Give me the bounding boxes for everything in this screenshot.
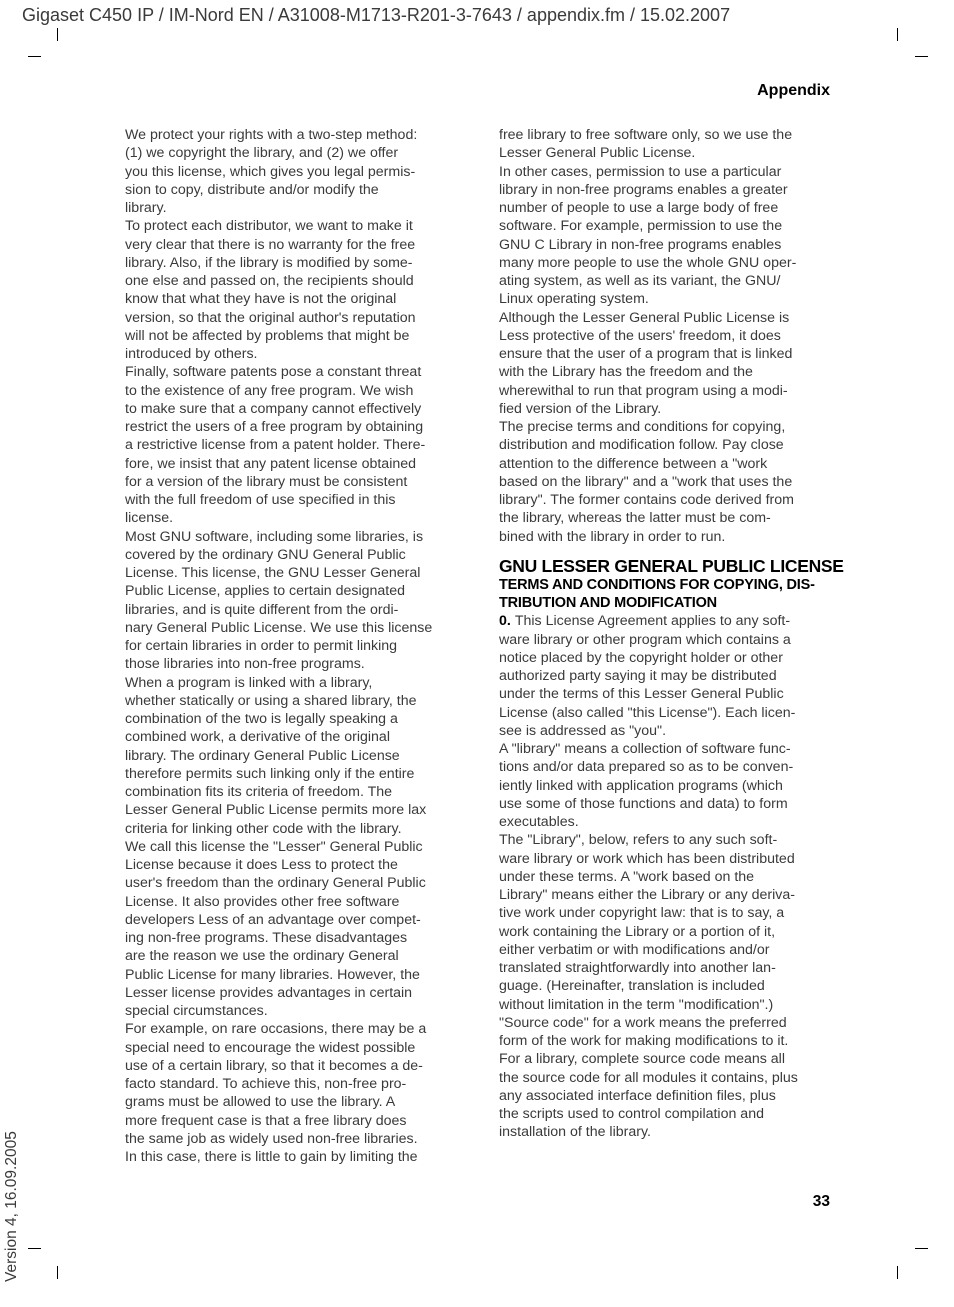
crop-mark-bottom-left-horizontal	[28, 1248, 41, 1249]
crop-mark-top-left-horizontal	[28, 56, 41, 57]
paragraph: In other cases, permission to use a part…	[499, 163, 839, 309]
crop-mark-bottom-right-vertical	[897, 1266, 898, 1279]
paragraph: We protect your rights with a two-step m…	[125, 126, 465, 217]
clause-text: This License Agreement applies to any so…	[499, 613, 795, 739]
paragraph: A "library" means a collection of softwa…	[499, 740, 839, 831]
paragraph: Finally, software patents pose a constan…	[125, 363, 465, 527]
paragraph: Most GNU software, including some librar…	[125, 528, 465, 674]
crop-mark-bottom-right-horizontal	[915, 1248, 928, 1249]
clause-number: 0.	[499, 613, 511, 629]
crop-mark-top-right-horizontal	[915, 56, 928, 57]
crop-mark-top-left-vertical	[57, 28, 58, 41]
left-text-column: We protect your rights with a two-step m…	[125, 126, 465, 1166]
paragraph: Although the Lesser General Public Licen…	[499, 309, 839, 419]
paragraph: free library to free software only, so w…	[499, 126, 839, 163]
license-heading: GNU LESSER GENERAL PUBLIC LICENSE	[499, 556, 839, 576]
document-header-info: Gigaset C450 IP / IM-Nord EN / A31008-M1…	[22, 5, 730, 26]
paragraph: "Source code" for a work means the prefe…	[499, 1014, 839, 1142]
paragraph: For example, on rare occasions, there ma…	[125, 1020, 465, 1166]
page-number: 33	[813, 1193, 830, 1211]
section-label-appendix: Appendix	[757, 82, 830, 100]
paragraph: We call this license the "Lesser" Genera…	[125, 838, 465, 1021]
paragraph-clause-0: 0.This License Agreement applies to any …	[499, 612, 839, 740]
paragraph: The precise terms and conditions for cop…	[499, 418, 839, 546]
sidebar-version-text: Version 4, 16.09.2005	[3, 1131, 21, 1282]
license-subheading: TERMS AND CONDITIONS FOR COPYING, DIS- T…	[499, 576, 839, 613]
crop-mark-bottom-left-vertical	[57, 1266, 58, 1279]
crop-mark-top-right-vertical	[897, 28, 898, 41]
paragraph: To protect each distributor, we want to …	[125, 217, 465, 363]
document-page: Gigaset C450 IP / IM-Nord EN / A31008-M1…	[0, 0, 954, 1307]
paragraph: When a program is linked with a library,…	[125, 674, 465, 838]
paragraph: The "Library", below, refers to any such…	[499, 831, 839, 1014]
right-text-column: free library to free software only, so w…	[499, 126, 839, 1142]
